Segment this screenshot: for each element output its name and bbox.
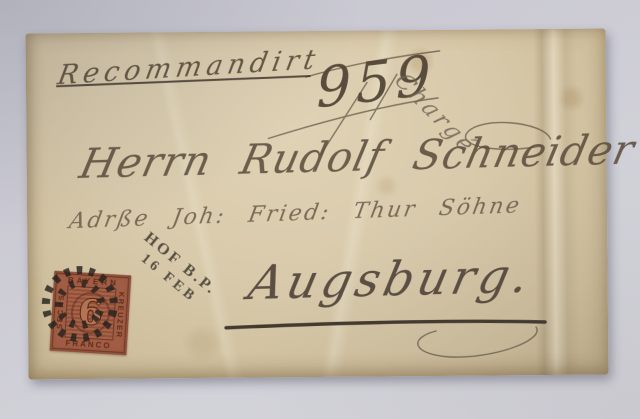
augsburg-underline <box>226 321 545 328</box>
augsburg-oval-flourish <box>418 327 538 357</box>
cancel-inner-ring <box>50 275 109 334</box>
mill-wheel-cancel-icon <box>30 255 129 354</box>
cancel-outer-ring <box>40 264 120 344</box>
envelope: Recommandirt 959 Chargé Herrn Rudolf Sch… <box>26 28 609 379</box>
destination-city: Augsburg. <box>244 253 537 308</box>
photo-background: Recommandirt 959 Chargé Herrn Rudolf Sch… <box>0 0 640 419</box>
ink-layer: Recommandirt 959 Chargé Herrn Rudolf Sch… <box>26 28 609 379</box>
